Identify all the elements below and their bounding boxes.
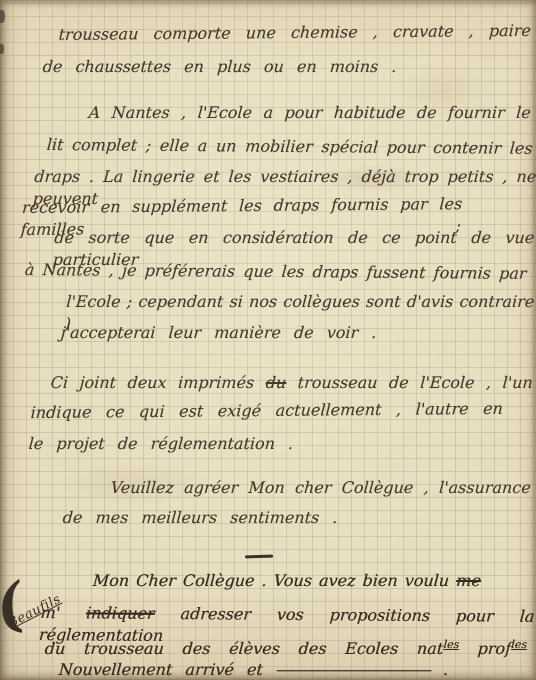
line-segment: prof xyxy=(477,639,512,658)
line-segment: Mon Cher Collègue . Vous avez bien voulu xyxy=(92,571,450,590)
letter1-line-12: indique ce qui est exigé actuellement , … xyxy=(30,398,504,424)
manuscript-page: trousseau comporte une chemise , cravate… xyxy=(0,0,536,680)
scan-edge-mark xyxy=(0,10,5,23)
letter1-closing-1: Veuillez agréer Mon cher Collègue , l'as… xyxy=(110,477,532,499)
handwritten-rule: ——————————— xyxy=(275,660,430,679)
struck-word: me xyxy=(456,571,482,590)
letter1-line-10: j'accepterai leur manière de voir . xyxy=(60,322,377,344)
superscript-abbreviation: les xyxy=(511,638,528,651)
struck-word: du xyxy=(265,373,287,392)
letter2-line-1: Mon Cher Collègue . Vous avez bien voulu… xyxy=(92,570,482,592)
section-divider-stroke xyxy=(245,555,273,558)
struck-word: indiquer xyxy=(85,603,155,623)
margin-annotation: ( Beaufils xyxy=(0,578,56,658)
line-segment: Ci joint deux imprimés xyxy=(50,373,255,392)
line-segment: . xyxy=(442,660,448,679)
letter1-line-11: Ci joint deux imprimés du trousseau de l… xyxy=(50,372,534,394)
line-segment: trousseau de l'Ecole , l'un xyxy=(297,373,533,392)
letter2-line-3: du trousseau des élèves des Ecoles natle… xyxy=(44,634,536,660)
line-segment: du trousseau des élèves des Ecoles nat xyxy=(44,639,444,658)
line-segment: Nouvellement arrivé et xyxy=(58,660,263,679)
letter1-line-13: le projet de réglementation . xyxy=(28,433,294,455)
superscript-abbreviation: les xyxy=(443,638,460,651)
letter1-line-3: A Nantes , l'Ecole a pour habitude de fo… xyxy=(88,102,532,124)
letter1-line-1: trousseau comporte une chemise , cravate… xyxy=(58,20,532,46)
letter2-line-4: Nouvellement arrivé et ——————————— . xyxy=(58,659,449,680)
letter1-line-4: lit complet ; elle a un mobilier spécial… xyxy=(46,134,533,160)
letter1-line-2: de chaussettes en plus ou en moins . xyxy=(42,56,397,78)
letter1-closing-2: de mes meilleurs sentiments . xyxy=(62,507,338,529)
letter1-line-8: à Nantes , je préférerais que les draps … xyxy=(24,259,527,285)
scan-edge-mark xyxy=(0,44,4,54)
